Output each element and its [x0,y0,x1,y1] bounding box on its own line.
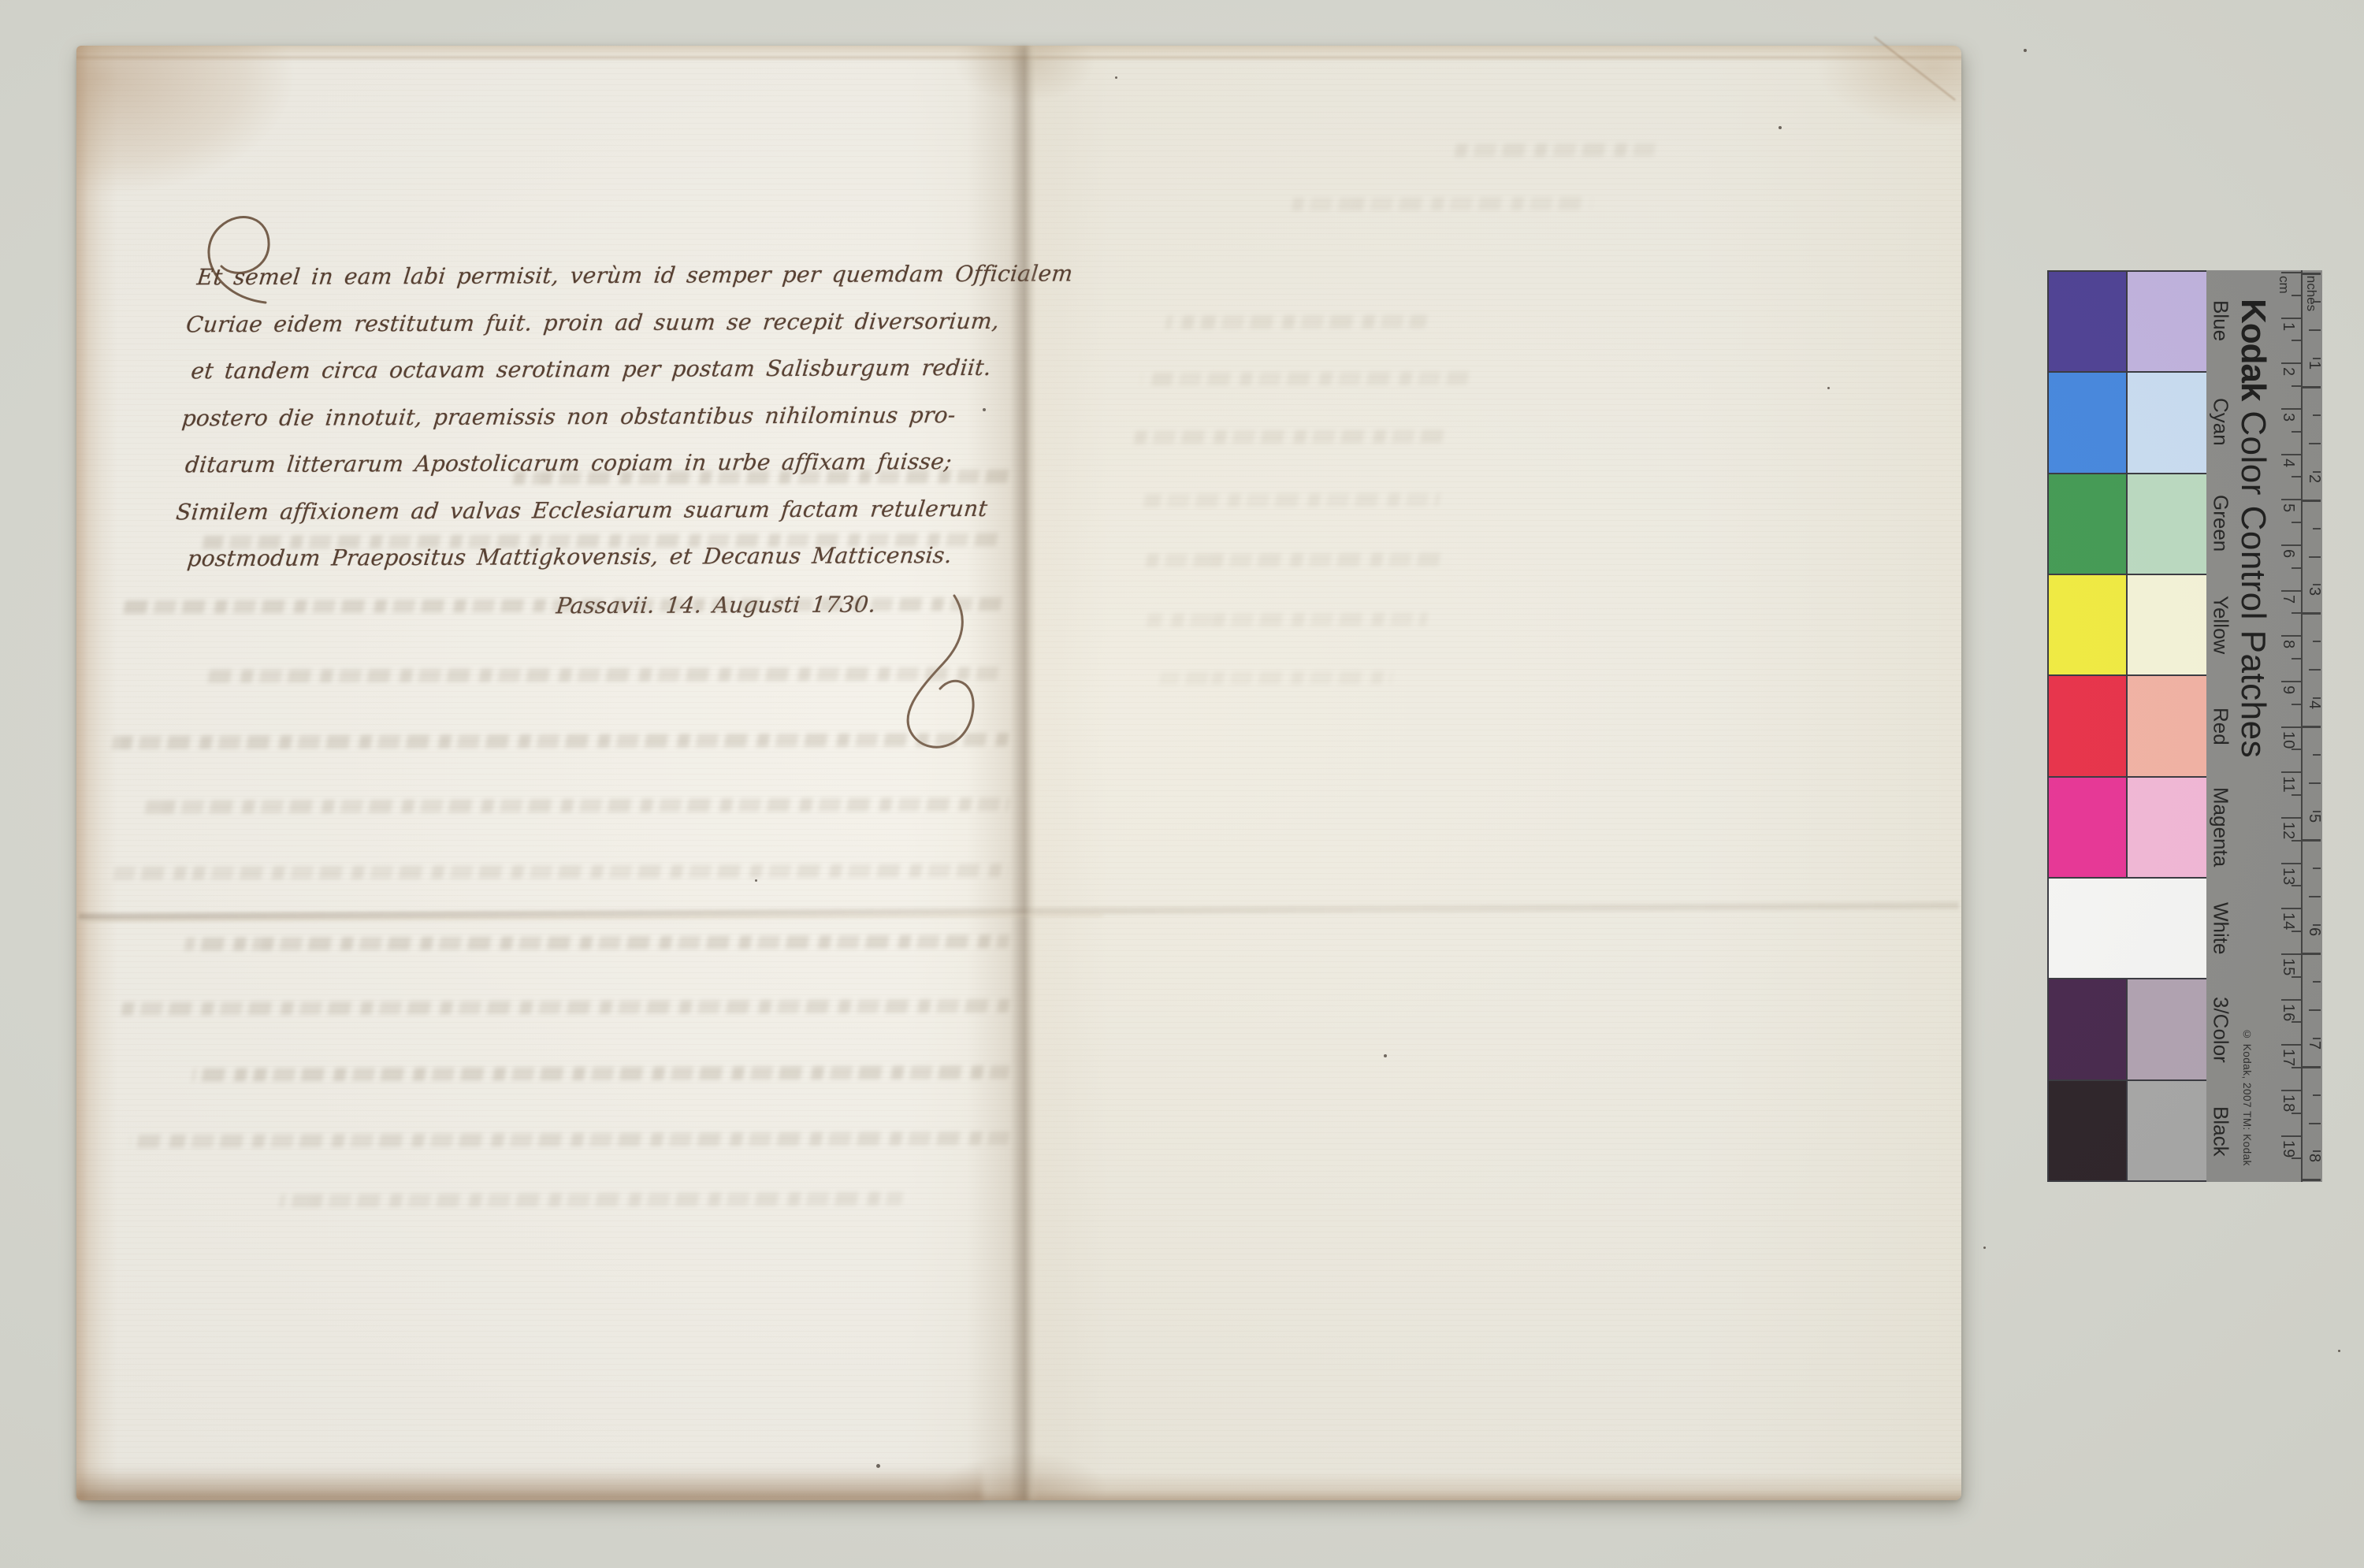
inch-number: 8 [2305,1154,2323,1162]
cm-number: 17 [2279,1049,2297,1066]
inch-half-tick [2309,443,2321,444]
cm-number: 7 [2279,595,2297,604]
color-patch-tint-green [2128,474,2206,574]
color-patch-cyan [2049,373,2126,472]
ghost-line [279,1192,904,1208]
cm-number: 19 [2279,1140,2297,1157]
inch-half-tick [2309,556,2321,558]
ghost-line [192,1065,1010,1082]
ghost-line [121,999,1010,1016]
color-patch-white [2049,879,2206,978]
inch-half-tick [2309,669,2321,671]
inch-q-tick [2313,471,2321,473]
patch-label-red: Red [2206,675,2235,777]
cm-half-tick [2292,1021,2301,1023]
cm-tick [2281,635,2301,637]
ghost-line [1143,492,1441,507]
cm-tick [2281,999,2301,1001]
inch-tick [2303,273,2321,275]
cm-number: 16 [2279,1004,2297,1021]
inch-half-tick [2309,896,2321,897]
inch-q-tick [2313,981,2321,983]
cm-half-tick [2292,431,2301,433]
cm-half-tick [2292,885,2301,886]
inch-number: 3 [2305,587,2323,596]
cm-tick [2281,590,2301,592]
ghost-line [200,533,1006,549]
cm-number: 3 [2279,413,2297,422]
cm-unit-label: cm [2276,276,2292,294]
inch-tick [2303,612,2321,615]
kodak-color-target: Kodak Color Control Patches © Kodak, 200… [2047,270,2322,1182]
cm-tick [2281,817,2301,819]
cm-half-tick [2292,567,2301,569]
kodak-copyright: © Kodak, 2007 TM: Kodak [2241,1028,2253,1166]
cm-half-tick [2292,385,2301,387]
cm-tick [2281,454,2301,455]
cm-number: 2 [2279,367,2297,376]
color-patch-green [2049,474,2126,574]
cm-half-tick [2292,295,2301,296]
ghost-line [1292,196,1593,210]
inch-q-tick [2313,1150,2321,1152]
cm-number: 11 [2279,776,2297,793]
cm-number: 10 [2279,731,2297,749]
cm-number: 18 [2279,1094,2297,1112]
color-patches [2047,270,2206,1182]
color-patch-red [2049,676,2126,775]
ghost-line [1449,143,1656,158]
inch-q-tick [2313,414,2321,416]
cm-half-tick [2292,1157,2301,1159]
text-line: postero die innotuit, praemissis non obs… [180,391,1040,441]
inch-tick [2303,1179,2321,1181]
cm-half-tick [2292,794,2301,796]
cm-number: 6 [2279,549,2297,558]
cm-tick [2281,953,2301,955]
color-patch-tint-black [2128,1081,2206,1180]
patch-label-cyan: Cyan [2206,372,2235,474]
text-line: Curiae eidem restitutum fuit. proin ad s… [184,297,1039,347]
cm-tick [2281,908,2301,909]
cm-tick [2281,771,2301,773]
color-patch-tint-cyan [2128,373,2206,472]
cm-tick [2281,362,2301,364]
color-patch-yellow [2049,575,2126,674]
kodak-brand: Kodak [2234,299,2273,400]
text-line: Et semel in eam labi permisit, verùm id … [195,251,1039,301]
ghost-line [1159,671,1393,685]
color-patch-tint-magenta [2128,778,2206,877]
inch-q-tick [2313,924,2321,926]
cm-number: 12 [2279,822,2297,839]
cm-tick [2281,681,2301,682]
cm-number: 4 [2279,459,2297,467]
inches-unit-label: inches [2303,273,2319,311]
kodak-title: Kodak Color Control Patches [2233,299,2273,758]
cm-half-tick [2292,704,2301,705]
ghost-line [106,733,1010,749]
paper-speck [1115,76,1117,79]
text-line: Similem affixionem ad valvas Ecclesiarum… [173,485,1040,535]
cm-tick [2281,726,2301,728]
inch-q-tick [2313,358,2321,359]
cm-half-tick [2292,522,2301,523]
patch-label-black: Black [2206,1080,2235,1182]
ghost-line [504,470,1010,485]
cm-number: 13 [2279,868,2297,885]
patch-label-green: Green [2206,473,2235,574]
inch-q-tick [2313,868,2321,869]
cm-number: 14 [2279,912,2297,930]
label-band: Kodak Color Control Patches © Kodak, 200… [2206,270,2322,1182]
cm-number: 9 [2279,686,2297,694]
inch-q-tick [2313,1094,2321,1096]
paper-speck [1827,387,1830,389]
inch-half-tick [2309,1123,2321,1124]
cm-half-tick [2292,612,2301,614]
ghost-line [208,667,1006,683]
cm-half-tick [2292,749,2301,750]
inch-number: 6 [2305,927,2323,936]
handwritten-text: Et semel in eam labi permisit, verùm id … [186,251,1039,631]
cm-tick [2281,863,2301,864]
cm-tick [2281,318,2301,319]
patch-label-white: White [2206,878,2235,979]
inch-q-tick [2313,301,2321,303]
color-patch-magenta [2049,778,2126,877]
cm-half-tick [2292,931,2301,932]
inch-q-tick [2313,584,2321,585]
cm-half-tick [2292,658,2301,660]
ghost-line [1140,371,1470,385]
cm-number: 8 [2279,640,2297,648]
inch-tick [2303,1066,2321,1068]
paper-speck [1779,126,1782,129]
ghost-line [1165,314,1427,329]
paper-speck [983,408,986,411]
inch-tick [2303,953,2321,955]
color-patch-tint-red [2128,676,2206,775]
inch-q-tick [2313,754,2321,756]
patch-label-yellow: Yellow [2206,574,2235,676]
inch-tick [2303,839,2321,842]
ghost-line [1136,552,1441,567]
cm-tick [2281,1090,2301,1091]
cm-tick [2281,499,2301,500]
inch-tick [2303,500,2321,502]
ghost-line [145,797,1010,814]
cm-tick [2281,408,2301,410]
cm-number: 1 [2279,322,2297,331]
inch-tick [2303,726,2321,728]
inch-half-tick [2309,782,2321,784]
paper-speck [1384,1054,1387,1057]
inch-number: 4 [2305,700,2323,709]
inch-number: 5 [2305,814,2323,823]
cm-number: 5 [2279,503,2297,512]
inch-half-tick [2309,1009,2321,1011]
paper-speck [2338,1350,2340,1352]
color-patch-blue [2049,272,2126,371]
inch-q-tick [2313,697,2321,699]
inch-number: 2 [2305,474,2323,483]
paper-speck [755,879,757,882]
cm-tick [2281,1044,2301,1046]
inch-q-tick [2313,1038,2321,1039]
ghost-line [1147,612,1429,626]
paper-speck [876,1464,880,1468]
ghost-line [184,934,1010,951]
cm-half-tick [2292,476,2301,477]
inch-q-tick [2313,528,2321,529]
paper-speck [2024,49,2027,52]
cm-tick [2281,544,2301,546]
color-patch-3/color [2049,979,2126,1079]
patch-label-blue: Blue [2206,270,2235,372]
ghost-line [113,864,1010,880]
cm-half-tick [2292,976,2301,978]
color-patch-black [2049,1081,2126,1180]
ghost-line [1128,429,1445,444]
inch-q-tick [2313,641,2321,642]
scan-background: Et semel in eam labi permisit, verùm id … [0,0,2364,1568]
paper-speck [1983,1247,1986,1249]
bottom-edge-stain [76,1464,983,1500]
inch-tick [2303,386,2321,388]
cm-half-tick [2292,1067,2301,1068]
inch-number: 7 [2305,1041,2323,1050]
corner-crease [1874,36,1956,101]
ghost-line [129,1131,1010,1148]
inch-q-tick [2313,811,2321,812]
patch-label-3/color: 3/Color [2206,979,2235,1081]
cm-number: 15 [2279,958,2297,975]
text-line: et tandem circa octavam serotinam per po… [189,344,1040,395]
color-patch-tint-blue [2128,272,2206,371]
cm-half-tick [2292,340,2301,341]
color-patch-tint-yellow [2128,575,2206,674]
inch-half-tick [2309,329,2321,331]
kodak-title-rest: Color Control Patches [2234,400,2273,758]
manuscript-sheet: Et semel in eam labi permisit, verùm id … [76,46,1961,1500]
color-patch-tint-3/color [2128,979,2206,1079]
inch-number: 1 [2305,361,2323,370]
cm-tick [2281,1135,2301,1137]
cm-tick [2281,272,2301,273]
cm-half-tick [2292,840,2301,842]
patch-label-magenta: Magenta [2206,777,2235,879]
cm-half-tick [2292,1113,2301,1114]
